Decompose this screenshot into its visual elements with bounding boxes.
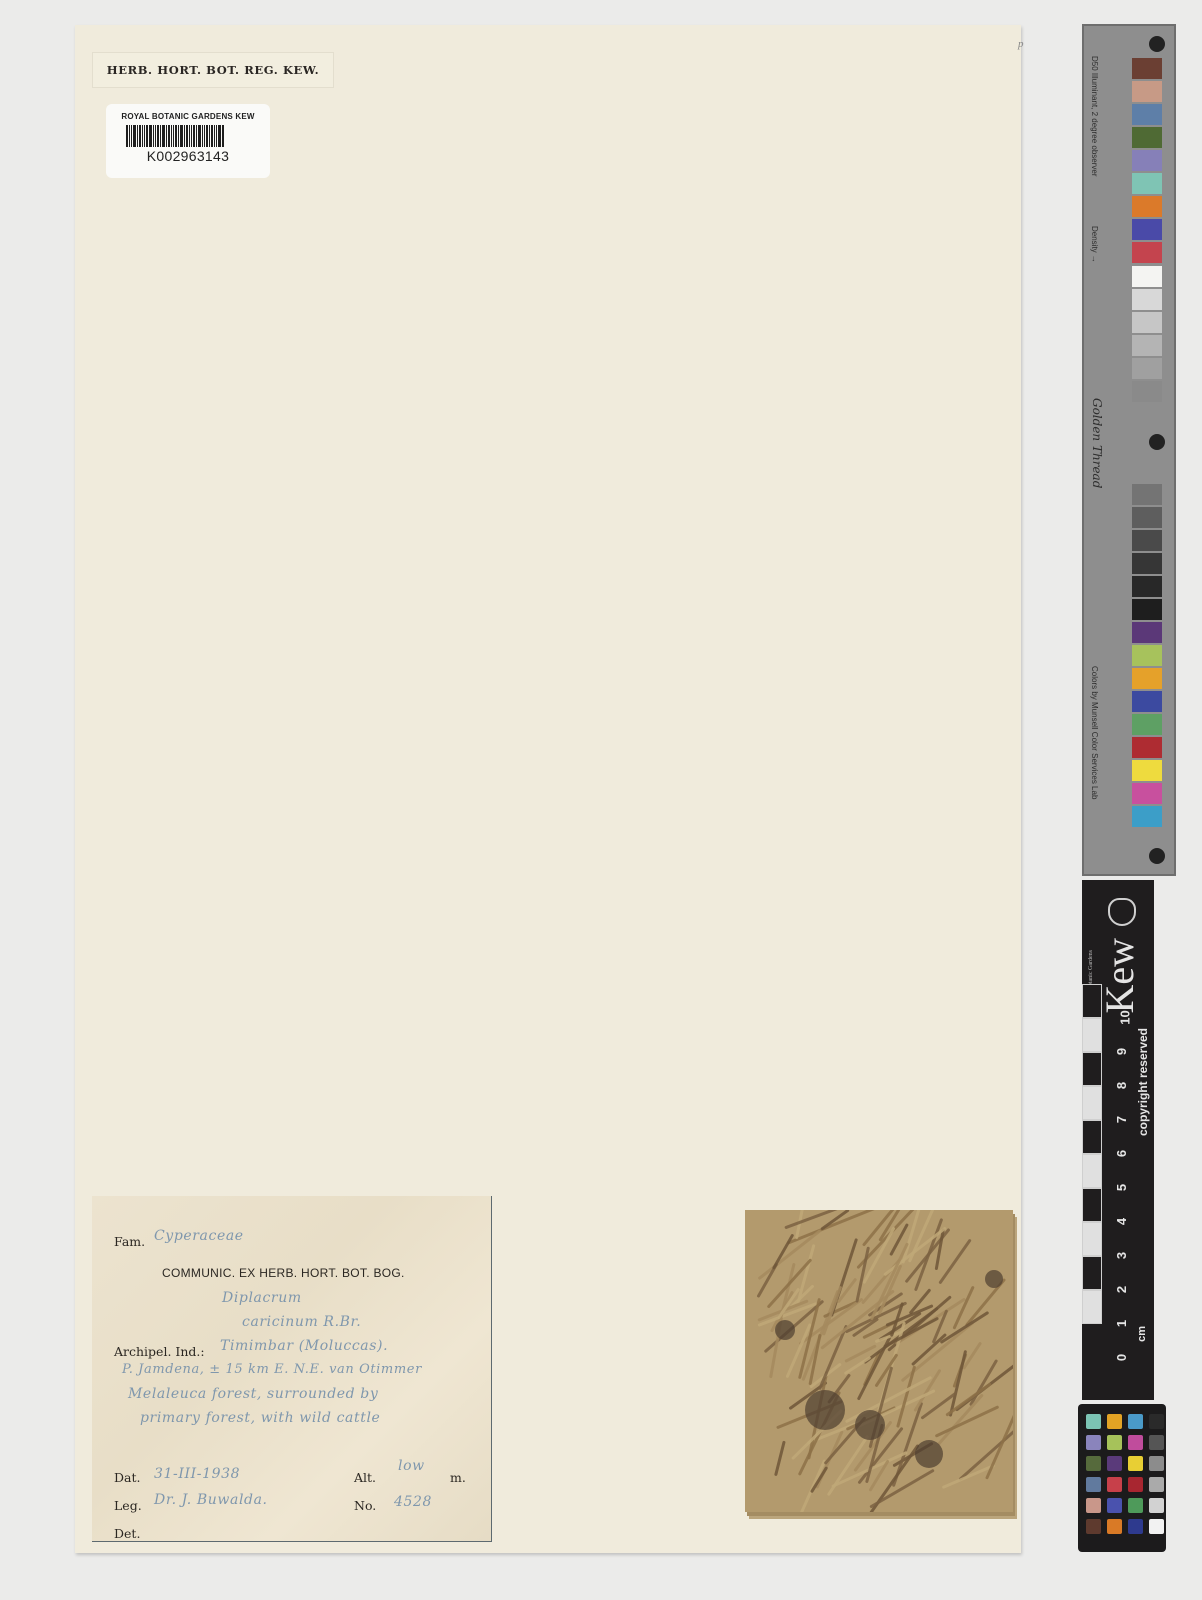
specimen-root-soil	[805, 1390, 845, 1430]
archipel-label: Archipel. Ind.:	[114, 1344, 205, 1359]
color-card-patch	[1086, 1477, 1101, 1492]
scale-tick-label: 4	[1114, 1218, 1129, 1225]
barcode-icon	[126, 125, 250, 147]
scale-tick-label: 6	[1114, 1150, 1129, 1157]
color-card-patch	[1086, 1435, 1101, 1450]
scale-tick-label: 0	[1114, 1354, 1129, 1361]
communic-text: COMMUNIC. EX HERB. HORT. BOT. BOG.	[162, 1266, 405, 1280]
chart-munsell-text: Colors by Munsell Color Services Lab	[1090, 666, 1099, 799]
number-label: No.	[354, 1498, 376, 1513]
color-card-patch	[1149, 1519, 1164, 1534]
color-card-patch	[1128, 1519, 1143, 1534]
chart-illuminant-text: D50 Illuminant, 2 degree observer	[1090, 56, 1099, 177]
color-patch	[1132, 219, 1162, 240]
chart-density-text: Density →	[1090, 226, 1099, 263]
scale-tick-label: 8	[1114, 1082, 1129, 1089]
color-patch	[1132, 81, 1162, 102]
scale-block	[1082, 1052, 1102, 1086]
barcode-label: ROYAL BOTANIC GARDENS KEW K002963143	[106, 104, 270, 178]
color-card-patch	[1107, 1477, 1122, 1492]
specimen-leaf	[938, 1238, 971, 1284]
collection-label: Fam. Cyperaceae COMMUNIC. EX HERB. HORT.…	[92, 1196, 492, 1542]
scale-unit: cm	[1136, 1326, 1148, 1342]
scale-block	[1082, 1018, 1102, 1052]
color-card-patch	[1107, 1456, 1122, 1471]
specimen-leaf	[774, 1440, 786, 1475]
color-card-patch	[1128, 1435, 1143, 1450]
copyright-text: copyright reserved	[1136, 1028, 1150, 1136]
fam-value: Cyperaceae	[154, 1228, 244, 1244]
herbarium-stamp: HERB. HORT. BOT. REG. KEW.	[92, 52, 334, 88]
barcode-number: K002963143	[147, 148, 229, 164]
chart-brand: Golden Thread	[1090, 398, 1104, 488]
scale-tick-label: 7	[1114, 1116, 1129, 1123]
barcode-institution: ROYAL BOTANIC GARDENS KEW	[121, 112, 254, 121]
scale-tick-label: 9	[1114, 1048, 1129, 1055]
color-card-patch	[1086, 1519, 1101, 1534]
kew-crest-icon	[1108, 898, 1136, 926]
color-patch	[1132, 737, 1162, 758]
specimen-leaf	[844, 1344, 877, 1363]
scale-block	[1082, 1188, 1102, 1222]
scale-block	[1082, 1222, 1102, 1256]
specimen-root-soil	[855, 1410, 885, 1440]
corner-mark: p	[1018, 38, 1024, 50]
color-patch	[1132, 691, 1162, 712]
color-card-patch	[1086, 1414, 1101, 1429]
specimen-root-soil	[775, 1320, 795, 1340]
color-patch	[1132, 530, 1162, 551]
color-patch	[1132, 173, 1162, 194]
color-patch	[1132, 196, 1162, 217]
color-patch	[1132, 104, 1162, 125]
kew-scale-bar: Royal Botanic Gardens Kew copyright rese…	[1082, 880, 1154, 1400]
color-patch	[1132, 668, 1162, 689]
color-patch	[1132, 553, 1162, 574]
color-card-patch	[1107, 1435, 1122, 1450]
scale-block	[1082, 1086, 1102, 1120]
date-label: Dat.	[114, 1470, 140, 1485]
specimen-root-soil	[915, 1440, 943, 1468]
color-patch	[1132, 127, 1162, 148]
color-patch	[1132, 58, 1162, 79]
locality-line-3: primary forest, with wild cattle	[140, 1410, 380, 1426]
color-card-patch	[1128, 1456, 1143, 1471]
color-patch	[1132, 266, 1162, 287]
scale-tick-label: 1	[1114, 1320, 1129, 1327]
chart-hole-middle-icon	[1149, 434, 1165, 450]
color-card-patch	[1149, 1498, 1164, 1513]
color-card-patch	[1107, 1498, 1122, 1513]
scale-block	[1082, 1154, 1102, 1188]
color-card-patch	[1107, 1414, 1122, 1429]
scale-tick-label: 10	[1118, 1010, 1133, 1024]
scale-block	[1082, 1256, 1102, 1290]
color-card-patch	[1149, 1435, 1164, 1450]
color-patch	[1132, 760, 1162, 781]
scale-tick-label: 2	[1114, 1286, 1129, 1293]
color-patch	[1132, 507, 1162, 528]
color-calibration-chart: D50 Illuminant, 2 degree observer Densit…	[1082, 24, 1176, 876]
determiner-label: Det.	[114, 1526, 140, 1541]
specimen-leaf	[939, 1311, 989, 1344]
number-value: 4528	[394, 1494, 432, 1510]
scale-block	[1082, 1290, 1102, 1324]
color-patch	[1132, 289, 1162, 310]
scale-tick-label: 3	[1114, 1252, 1129, 1259]
color-card-patch	[1128, 1414, 1143, 1429]
collector-label: Leg.	[114, 1498, 142, 1513]
color-patch	[1132, 484, 1162, 505]
color-patch	[1132, 335, 1162, 356]
color-patch	[1132, 599, 1162, 620]
taxon-species: caricinum R.Br.	[242, 1314, 361, 1330]
color-patch	[1132, 622, 1162, 643]
date-value: 31-III-1938	[154, 1466, 240, 1482]
collector-value: Dr. J. Buwalda.	[154, 1492, 268, 1508]
color-patch	[1132, 783, 1162, 804]
scale-block	[1082, 1120, 1102, 1154]
color-card-patch	[1128, 1477, 1143, 1492]
color-card-patch	[1149, 1477, 1164, 1492]
color-patch	[1132, 381, 1162, 402]
color-patch	[1132, 576, 1162, 597]
color-card-patch	[1128, 1498, 1143, 1513]
color-card-patch	[1086, 1498, 1101, 1513]
color-patch	[1132, 150, 1162, 171]
kew-logo: Kew	[1100, 938, 1140, 1014]
color-card-patch	[1149, 1414, 1164, 1429]
chart-hole-top-icon	[1149, 36, 1165, 52]
taxon-genus: Diplacrum	[222, 1290, 302, 1306]
locality-line-2: Melaleuca forest, surrounded by	[128, 1386, 378, 1402]
scale-block	[1082, 984, 1102, 1018]
color-card	[1078, 1404, 1166, 1552]
specimen-root-soil	[985, 1270, 1003, 1288]
fam-label: Fam.	[114, 1234, 145, 1249]
chart-hole-bottom-icon	[1149, 848, 1165, 864]
color-card-patch	[1149, 1456, 1164, 1471]
color-patch	[1132, 358, 1162, 379]
archipel-value: Timimbar (Moluccas).	[220, 1338, 388, 1354]
herbarium-stamp-text: HERB. HORT. BOT. REG. KEW.	[107, 63, 320, 77]
color-card-patch	[1086, 1456, 1101, 1471]
color-patch	[1132, 242, 1162, 263]
altitude-value: low	[398, 1458, 425, 1474]
color-card-patch	[1107, 1519, 1122, 1534]
color-patch	[1132, 645, 1162, 666]
scale-tick-label: 5	[1114, 1184, 1129, 1191]
color-patch	[1132, 714, 1162, 735]
specimen-packet	[745, 1210, 1013, 1512]
altitude-unit: m.	[450, 1470, 466, 1485]
color-patch	[1132, 806, 1162, 827]
locality-line-1: P. Jamdena, ± 15 km E. N.E. van Otimmer	[122, 1362, 422, 1377]
altitude-label: Alt.	[354, 1470, 376, 1485]
color-patch	[1132, 312, 1162, 333]
